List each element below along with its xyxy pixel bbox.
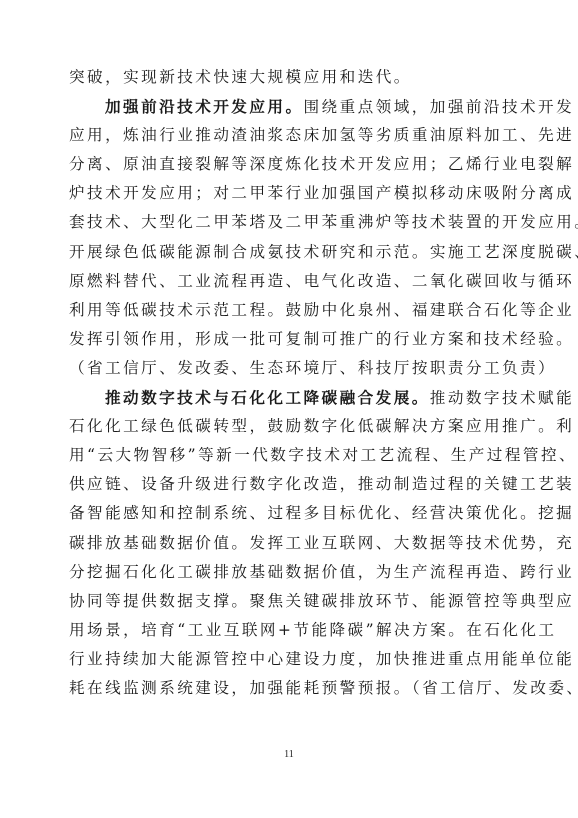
text-line: 备智能感知和控制系统、过程多目标优化、经营决策优化。挖掘 [69,499,507,528]
text-line: 协同等提供数据支撑。聚焦关键碳排放环节、能源管控等典型应 [69,587,507,616]
document-page: 突破，实现新技术快速大规模应用和迭代。 加强前沿技术开发应用。围绕重点领域，加强… [0,0,578,818]
text-line: 突破，实现新技术快速大规模应用和迭代。 [69,63,507,92]
text-span: 围绕重点领域，加强前沿技术开发 [303,98,574,116]
text-line: 发挥引领作用，形成一批可复制可推广的行业方案和技术经验。 [69,325,507,354]
text-line: 原燃料替代、工业流程再造、电气化改造、二氧化碳回收与循环 [69,267,507,296]
paragraph-heading-line: 加强前沿技术开发应用。围绕重点领域，加强前沿技术开发 [69,92,507,121]
text-line: 炉技术开发应用；对二甲苯行业加强国产模拟移动床吸附分离成 [69,179,507,208]
paragraph-heading-line: 推动数字技术与石化化工降碳融合发展。推动数字技术赋能 [69,383,507,412]
body-text: 突破，实现新技术快速大规模应用和迭代。 加强前沿技术开发应用。围绕重点领域，加强… [69,63,507,703]
paragraph-heading: 加强前沿技术开发应用。 [105,97,303,116]
text-span: 推动数字技术赋能 [430,389,574,407]
text-line: 用场景，培育“工业互联网+节能降碳”解决方案。在石化化工 [69,616,507,645]
text-line: （省工信厅、发改委、生态环境厅、科技厅按职责分工负责） [69,354,507,383]
text-line: 石化化工绿色低碳转型，鼓励数字化低碳解决方案应用推广。利 [69,412,507,441]
text-line: 分挖掘石化化工碳排放基础数据价值，为生产流程再造、跨行业 [69,558,507,587]
text-line: 开展绿色低碳能源制合成氨技术研究和示范。实施工艺深度脱碳、 [69,238,507,267]
page-number: 11 [0,749,578,760]
paragraph-heading: 推动数字技术与石化化工降碳融合发展。 [105,388,430,407]
text-line: 套技术、大型化二甲苯塔及二甲苯重沸炉等技术装置的开发应用。 [69,208,507,237]
text-line: 供应链、设备升级进行数字化改造，推动制造过程的关键工艺装 [69,470,507,499]
text-line: 耗在线监测系统建设，加强能耗预警预报。（省工信厅、发改委、 [69,674,507,703]
text-line: 应用，炼油行业推动渣油浆态床加氢等劣质重油原料加工、先进 [69,121,507,150]
text-line: 利用等低碳技术示范工程。鼓励中化泉州、福建联合石化等企业 [69,296,507,325]
text-line: 碳排放基础数据价值。发挥工业互联网、大数据等技术优势，充 [69,529,507,558]
text-line: 分离、原油直接裂解等深度炼化技术开发应用；乙烯行业电裂解 [69,150,507,179]
text-line: 用“云大物智移”等新一代数字技术对工艺流程、生产过程管控、 [69,441,507,470]
text-line: 行业持续加大能源管控中心建设力度，加快推进重点用能单位能 [69,645,507,674]
